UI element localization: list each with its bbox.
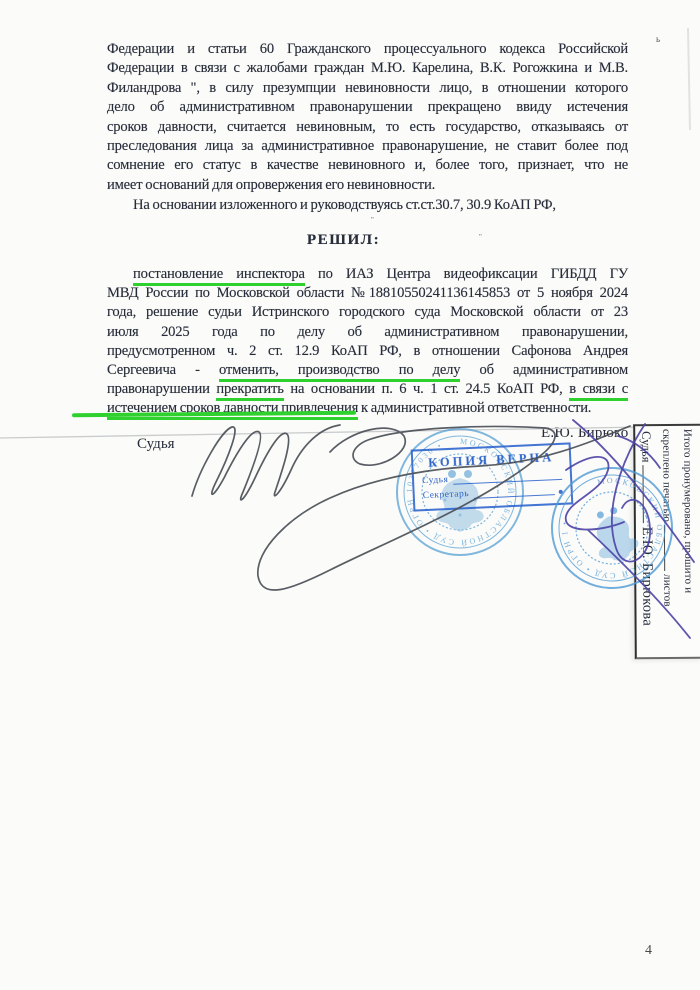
document-text-block: Федерации и статьи 60 Гражданского проце… — [107, 40, 628, 419]
text-line: имеет оснований для опровержения его нев… — [107, 176, 628, 195]
text-line: года, решение судьи Истринского городско… — [107, 303, 628, 322]
strip-total-line: Итого пронумеровано, прошито и — [678, 429, 697, 655]
copy-stamp-judge-row: Судья — [422, 470, 562, 486]
text-line: Федерации и статьи 60 Гражданского проце… — [107, 40, 628, 59]
text-segment: к административной ответственности. — [358, 400, 591, 416]
strip-total-line2: скреплено печатью листов — [658, 429, 676, 655]
text-line: дело об административном правонарушении … — [107, 98, 628, 117]
text-segment: правонарушении — [107, 381, 216, 397]
text-line: Филандрова ", в силу презумпции невиновн… — [107, 79, 628, 98]
text-line: предусмотренном ч. 2 ст. 12.9 КоАП РФ, в… — [107, 342, 628, 361]
sheets-count-blank — [664, 525, 673, 571]
text-line: постановление инспектора по ИАЗ Центра в… — [107, 265, 628, 284]
strip-judge-label: Судья — [639, 431, 653, 462]
text-segment: июля 2025 года по делу об административн… — [107, 324, 628, 340]
signature-rule — [453, 470, 562, 485]
text-segment: об административном — [460, 362, 628, 378]
green-underlined-text: прекратить — [216, 381, 283, 401]
signature-rule — [474, 485, 555, 499]
page-number: 4 — [645, 943, 652, 959]
decision-heading: РЕШИЛ: — [107, 230, 580, 249]
pen-dot — [559, 490, 563, 494]
text-line: июля 2025 года по делу об административн… — [107, 323, 628, 342]
text-segment: года, решение судьи Истринского городско… — [107, 304, 628, 320]
text-segment: по ИАЗ Центра видеофиксации ГИБДД ГУ — [305, 266, 628, 282]
paragraph-resolution: постановление инспектора по ИАЗ Центра в… — [107, 265, 628, 419]
text-segment: предусмотренном ч. 2 ст. 12.9 КоАП РФ, в… — [107, 343, 628, 359]
paragraph-reasoning: Федерации и статьи 60 Гражданского проце… — [107, 40, 628, 195]
scan-speck: " — [479, 233, 482, 241]
scan-speck: " — [371, 216, 374, 224]
judge-name: Е.Ю. Бирюко — [541, 425, 628, 442]
scanned-court-document-page: Федерации и статьи 60 Гражданского проце… — [0, 0, 700, 990]
text-line: сроков давности, считается невиновным, т… — [107, 118, 628, 137]
sewn-sheets-strip: Итого пронумеровано, прошито и скреплено… — [633, 424, 700, 659]
strip-sealed-text: скреплено печатью — [660, 429, 673, 522]
text-line: Сергеевича - отменить, производство по д… — [107, 361, 628, 380]
green-underlined-text: постановление инспектора — [133, 266, 305, 286]
text-line: сомнение его статус в качестве невиновно… — [107, 156, 628, 175]
copy-stamp-secretary-label: Секретарь — [423, 489, 470, 501]
copy-stamp-secretary-row: Секретарь — [423, 485, 563, 501]
text-segment: Сергеевича - — [107, 362, 219, 378]
text-line: преследования лица за административное п… — [107, 137, 628, 156]
copy-stamp-title: КОПИЯ ВЕРНА — [413, 449, 570, 471]
text-line: правонарушении прекратить на основании п… — [107, 380, 628, 399]
scan-edge-shadow — [688, 28, 690, 130]
text-segment: на основании п. 6 ч. 1 ст. 24.5 КоАП РФ, — [284, 381, 570, 397]
judge-label: Судья — [137, 436, 175, 453]
green-underlined-text: отменить, производство по делу — [219, 362, 460, 382]
text-line: Федерации в связи с жалобами граждан М.Ю… — [107, 59, 628, 78]
strip-signature-blank — [642, 466, 651, 524]
scan-speck: ь — [656, 34, 660, 44]
paragraph-basis: На основании изложенного и руководствуяс… — [107, 196, 628, 215]
text-segment: МВД России по Московской области №188105… — [107, 285, 628, 301]
copy-verified-stamp: КОПИЯ ВЕРНА Судья Секретарь — [411, 442, 574, 511]
sheets-label: листов — [661, 574, 673, 607]
strip-judge-line: Судья Е.Ю. Бирюкова — [636, 431, 658, 653]
text-line: МВД России по Московской области №188105… — [107, 284, 628, 303]
strip-judge-name: Е.Ю. Бирюкова — [639, 527, 656, 626]
copy-stamp-judge-label: Судья — [422, 475, 449, 486]
strip-total-text: Итого пронумеровано, прошито и — [681, 429, 694, 594]
green-underlined-text: в связи с — [569, 381, 628, 401]
